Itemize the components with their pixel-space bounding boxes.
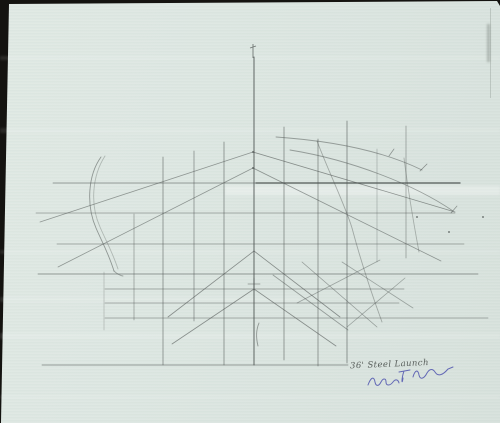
pencil-section-curve <box>90 157 114 271</box>
pencil-section-curve <box>94 156 118 269</box>
pencil-section-curve <box>317 141 382 322</box>
pencil-diagonal <box>254 289 336 346</box>
pencil-tick <box>389 149 394 156</box>
pencil-diagonal <box>40 152 253 222</box>
pencil-dot <box>482 216 484 218</box>
centerline-symbol <box>250 44 256 58</box>
pencil-dot <box>416 216 418 218</box>
pencil-diagonal <box>172 289 254 344</box>
pencil-diagonal <box>168 251 254 317</box>
pencil-diagonal <box>253 152 455 212</box>
pencil-section-curve <box>114 271 123 276</box>
photo-backdrop: 36' Steel Launch <box>0 0 500 423</box>
pencil-dot <box>252 151 254 153</box>
pencil-section-curve <box>257 323 259 346</box>
pencil-section-curve <box>290 150 453 211</box>
pencil-diagonal <box>347 278 405 327</box>
pencil-dot <box>448 231 450 233</box>
pencil-tick <box>420 164 427 171</box>
pencil-dot <box>252 167 254 169</box>
